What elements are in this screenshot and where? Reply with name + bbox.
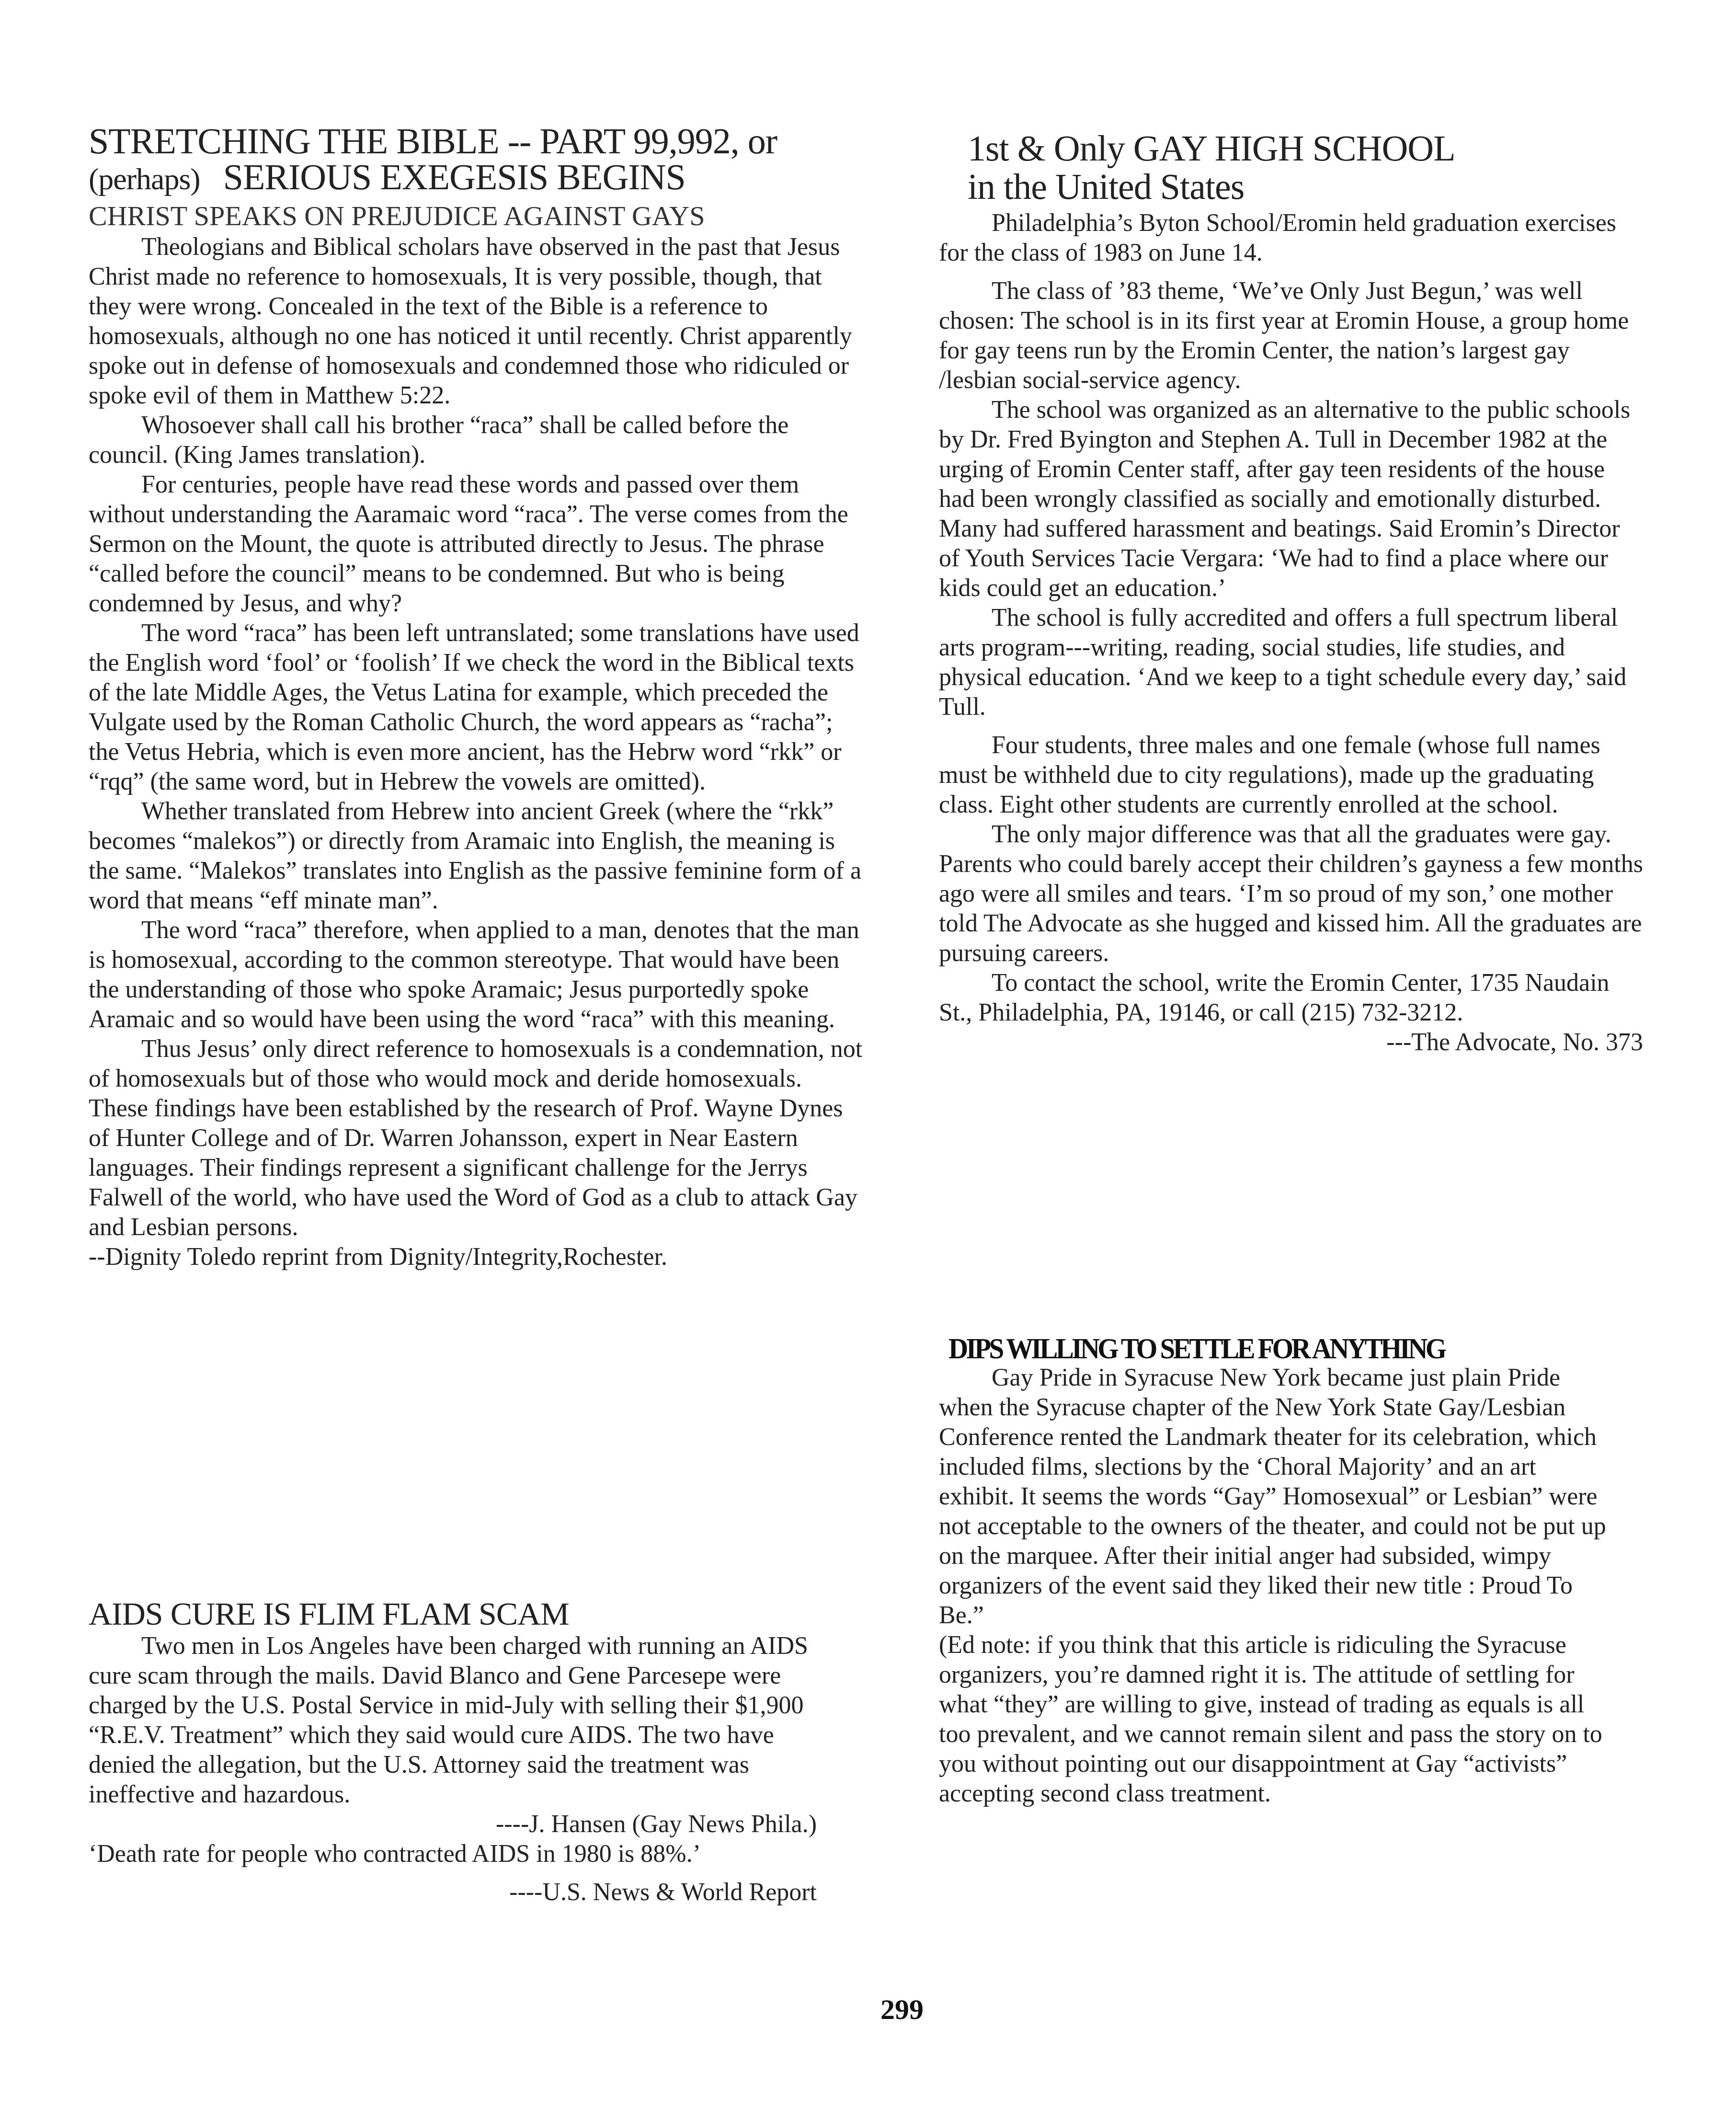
- aids-quote: ‘Death rate for people who contracted AI…: [89, 1839, 845, 1869]
- bible-paragraph: The word “raca” therefore, when applied …: [89, 916, 865, 1034]
- aids-article-body: Two men in Los Angeles have been charged…: [89, 1631, 845, 1907]
- page-number: 299: [880, 1993, 924, 2026]
- bible-article-title-main: SERIOUS EXEGESIS BEGINS: [223, 157, 685, 197]
- aids-quote-attribution: ----U.S. News & World Report: [89, 1878, 845, 1907]
- school-paragraph: The class of ’83 theme, ‘We’ve Only Just…: [939, 276, 1643, 395]
- aids-paragraph: Two men in Los Angeles have been charged…: [89, 1631, 845, 1810]
- bible-paragraph: The word “raca” has been left untranslat…: [89, 619, 865, 797]
- school-paragraph: Philadelphia’s Byton School/Eromin held …: [939, 208, 1643, 268]
- bible-article-subtitle: CHRIST SPEAKS ON PREJUDICE AGAINST GAYS: [89, 201, 705, 231]
- school-paragraph: The school is fully accredited and offer…: [939, 603, 1643, 722]
- bible-article-title-line2: (perhaps) SERIOUS EXEGESIS BEGINS: [89, 158, 685, 198]
- school-paragraph: The only major difference was that all t…: [939, 820, 1643, 968]
- school-attribution: ---The Advocate, No. 373: [939, 1028, 1643, 1057]
- aids-article-title: AIDS CURE IS FLIM FLAM SCAM: [89, 1595, 569, 1632]
- bible-article-title-line1: STRETCHING THE BIBLE -- PART 99,992, or: [89, 122, 777, 161]
- dips-editor-note: (Ed note: if you think that this article…: [939, 1630, 1610, 1809]
- dips-paragraph: Gay Pride in Syracuse New York became ju…: [939, 1363, 1610, 1630]
- bible-attribution: --Dignity Toledo reprint from Dignity/In…: [89, 1242, 865, 1272]
- bible-article-title-prefix: (perhaps): [89, 162, 200, 196]
- aids-attribution: ----J. Hansen (Gay News Phila.): [89, 1810, 845, 1839]
- school-article-title-line2: in the United States: [968, 168, 1244, 206]
- dips-article-title: DIPS WILLING TO SETTLE FOR ANYTHING: [948, 1332, 1445, 1365]
- bible-article-body: Theologians and Biblical scholars have o…: [89, 232, 865, 1272]
- bible-paragraph: Thus Jesus’ only direct reference to hom…: [89, 1034, 865, 1242]
- bible-paragraph: For centuries, people have read these wo…: [89, 470, 865, 619]
- school-paragraph: Four students, three males and one femal…: [939, 731, 1643, 820]
- dips-article-body: Gay Pride in Syracuse New York became ju…: [939, 1363, 1610, 1809]
- school-paragraph: To contact the school, write the Eromin …: [939, 968, 1643, 1028]
- bible-paragraph: Theologians and Biblical scholars have o…: [89, 232, 865, 411]
- school-article-body: Philadelphia’s Byton School/Eromin held …: [939, 208, 1643, 1057]
- school-article-title-line1: 1st & Only GAY HIGH SCHOOL: [968, 129, 1455, 168]
- school-paragraph: The school was organized as an alternati…: [939, 395, 1643, 603]
- bible-paragraph: Whether translated from Hebrew into anci…: [89, 797, 865, 916]
- bible-paragraph: Whosoever shall call his brother “raca” …: [89, 411, 865, 470]
